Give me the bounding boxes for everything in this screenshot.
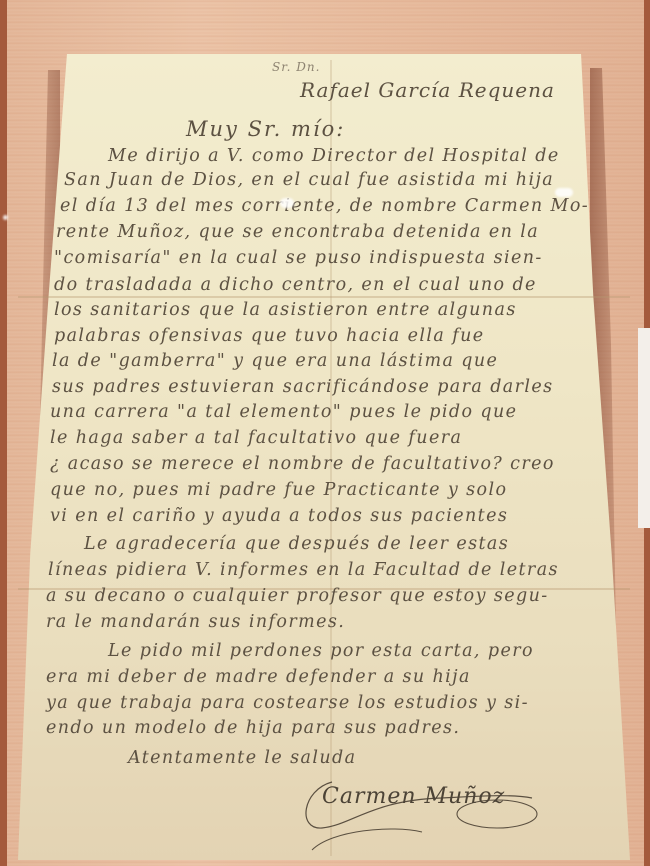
body-line: que no, pues mi padre fue Practicante y …: [50, 480, 507, 500]
body-line: ya que trabaja para costearse los estudi…: [46, 693, 529, 713]
body-line: San Juan de Dios, en el cual fue asistid…: [64, 170, 554, 190]
glass-glare: [3, 215, 8, 220]
closing: Atentamente le saluda: [128, 748, 356, 768]
body-line: una carrera "a tal elemento" pues le pid…: [50, 402, 517, 422]
body-line: líneas pidiera V. informes en la Faculta…: [48, 560, 559, 580]
body-line: vi en el cariño y ayuda a todos sus paci…: [50, 506, 508, 526]
body-line: Le agradecería que después de leer estas: [84, 534, 509, 554]
body-line: endo un modelo de hija para sus padres.: [46, 718, 460, 738]
body-line: Me dirijo a V. como Director del Hospita…: [108, 146, 560, 166]
body-line: la de "gamberra" y que era una lástima q…: [52, 351, 498, 371]
honorific: Sr. Dn.: [272, 60, 320, 74]
body-line: sus padres estuvieran sacrificándose par…: [52, 377, 554, 397]
glass-glare: [280, 198, 294, 208]
body-line: rente Muñoz, que se encontraba detenida …: [56, 222, 539, 242]
addressee-name: Rafael García Requena: [300, 78, 555, 102]
body-line: do trasladada a dicho centro, en el cual…: [54, 275, 537, 295]
body-line: ¿ acaso se merece el nombre de facultati…: [50, 454, 555, 474]
body-line: el día 13 del mes corriente, de nombre C…: [60, 196, 589, 216]
body-line: ra le mandarán sus informes.: [46, 612, 345, 632]
salutation: Muy Sr. mío:: [186, 117, 345, 141]
signature-text: Carmen Muñoz: [322, 784, 505, 809]
glass-glare: [555, 188, 573, 197]
body-line: los sanitarios que la asistieron entre a…: [54, 300, 517, 320]
body-line: "comisaría" en la cual se puso indispues…: [54, 248, 543, 268]
body-line: a su decano o cualquier profesor que est…: [46, 586, 549, 606]
signature: Carmen Muñoz: [292, 770, 552, 860]
body-line: palabras ofensivas que tuvo hacia ella f…: [54, 326, 485, 346]
letter-content: Sr. Dn. Rafael García Requena Muy Sr. mí…: [0, 0, 650, 866]
body-line: era mi deber de madre defender a su hija: [46, 667, 471, 687]
body-line: le haga saber a tal facultativo que fuer…: [50, 428, 462, 448]
body-line: Le pido mil perdones por esta carta, per…: [108, 641, 534, 661]
